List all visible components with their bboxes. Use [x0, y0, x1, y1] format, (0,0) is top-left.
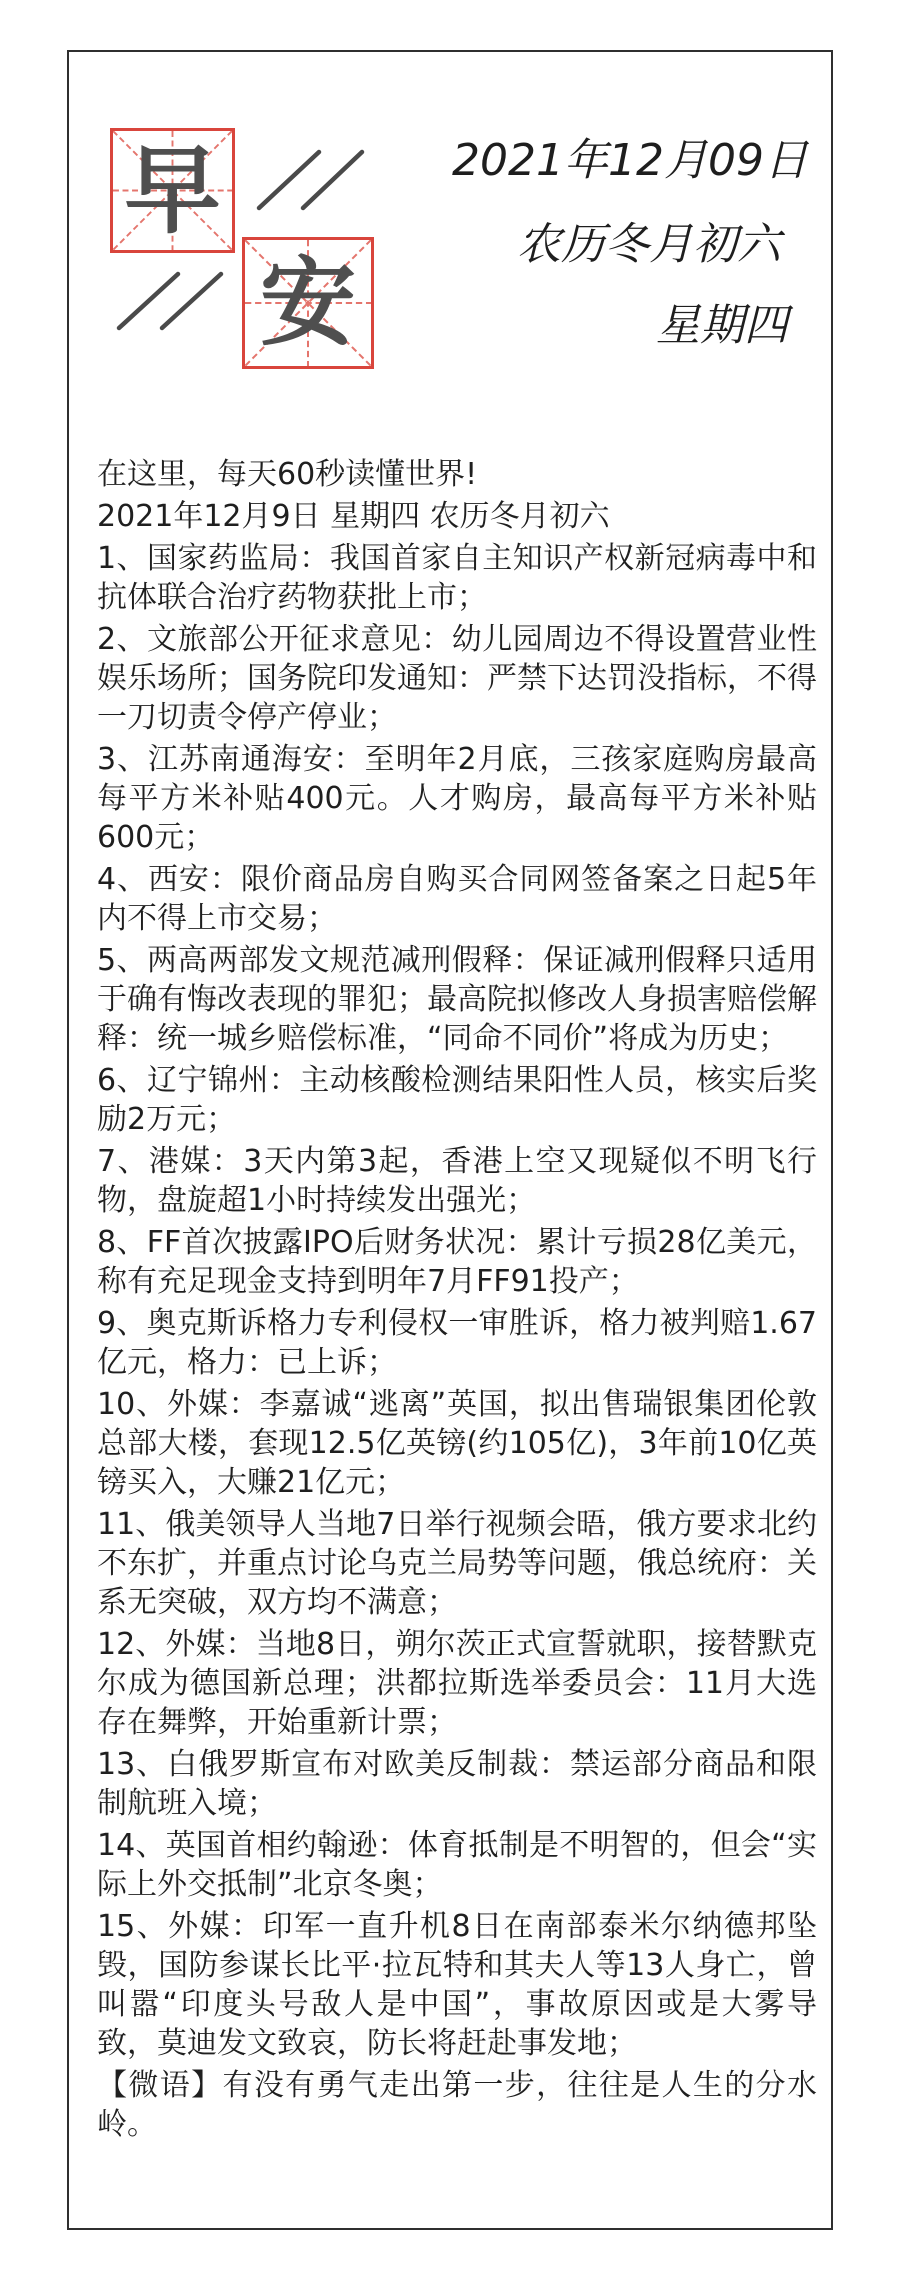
news-item: 5、两高两部发文规范减刑假释：保证减刑假释只适用于确有悔改表现的罪犯；最高院拟修…	[97, 941, 817, 1058]
date-lunar: 农历冬月初六	[452, 221, 808, 269]
news-item: 7、港媒：3天内第3起，香港上空又现疑似不明飞行物，盘旋超1小时持续发出强光；	[97, 1142, 817, 1220]
news-item: 3、江苏南通海安：至明年2月底，三孩家庭购房最高每平方米补贴400元。人才购房，…	[97, 740, 817, 857]
news-body: 在这里，每天60秒读懂世界! 2021年12月9日 星期四 农历冬月初六 1、国…	[97, 455, 817, 2147]
news-item: 2、文旅部公开征求意见：幼儿园周边不得设置营业性娱乐场所；国务院印发通知：严禁下…	[97, 620, 817, 737]
morning-news-card: 早 安 2021年12月09日 农历冬月初六 星期四	[0, 0, 900, 2280]
news-item: 11、俄美领导人当地7日举行视频会晤，俄方要求北约不东扩，并重点讨论乌克兰局势等…	[97, 1505, 817, 1622]
dateline: 2021年12月9日 星期四 农历冬月初六	[97, 497, 817, 536]
zao-character-box: 早	[110, 128, 235, 253]
news-item: 6、辽宁锦州：主动核酸检测结果阳性人员，核实后奖励2万元；	[97, 1061, 817, 1139]
news-item: 4、西安：限价商品房自购买合同网签备案之日起5年内不得上市交易；	[97, 860, 817, 938]
news-item: 1、国家药监局：我国首家自主知识产权新冠病毒中和抗体联合治疗药物获批上市；	[97, 539, 817, 617]
date-block: 2021年12月09日 农历冬月初六 星期四	[452, 137, 808, 350]
logo-char-an: 安	[245, 240, 371, 366]
double-slash-icon	[115, 270, 225, 332]
news-item: 10、外媒：李嘉诚“逃离”英国，拟出售瑞银集团伦敦总部大楼，套现12.5亿英镑(…	[97, 1385, 817, 1502]
news-item: 15、外媒：印军一直升机8日在南部泰米尔纳德邦坠毁，国防参谋长比平·拉瓦特和其夫…	[97, 1907, 817, 2063]
content-frame: 早 安 2021年12月09日 农历冬月初六 星期四	[67, 50, 833, 2230]
tagline: 在这里，每天60秒读懂世界!	[97, 455, 817, 494]
news-item: 8、FF首次披露IPO后财务状况：累计亏损28亿美元，称有充足现金支持到明年7月…	[97, 1223, 817, 1301]
news-item: 9、奥克斯诉格力专利侵权一审胜诉，格力被判赔1.67亿元，格力：已上诉；	[97, 1304, 817, 1382]
date-gregorian: 2021年12月09日	[452, 137, 808, 185]
news-item: 13、白俄罗斯宣布对欧美反制裁：禁运部分商品和限制航班入境；	[97, 1745, 817, 1823]
date-weekday: 星期四	[452, 302, 808, 350]
weiyu-quote: 【微语】有没有勇气走出第一步，往往是人生的分水岭。	[97, 2066, 817, 2144]
news-item: 12、外媒：当地8日，朔尔茨正式宣誓就职，接替默克尔成为德国新总理；洪都拉斯选举…	[97, 1625, 817, 1742]
an-character-box: 安	[242, 237, 374, 369]
logo-char-zao: 早	[113, 131, 232, 250]
news-item: 14、英国首相约翰逊：体育抵制是不明智的，但会“实际上外交抵制”北京冬奥；	[97, 1826, 817, 1904]
double-slash-icon	[255, 148, 365, 212]
